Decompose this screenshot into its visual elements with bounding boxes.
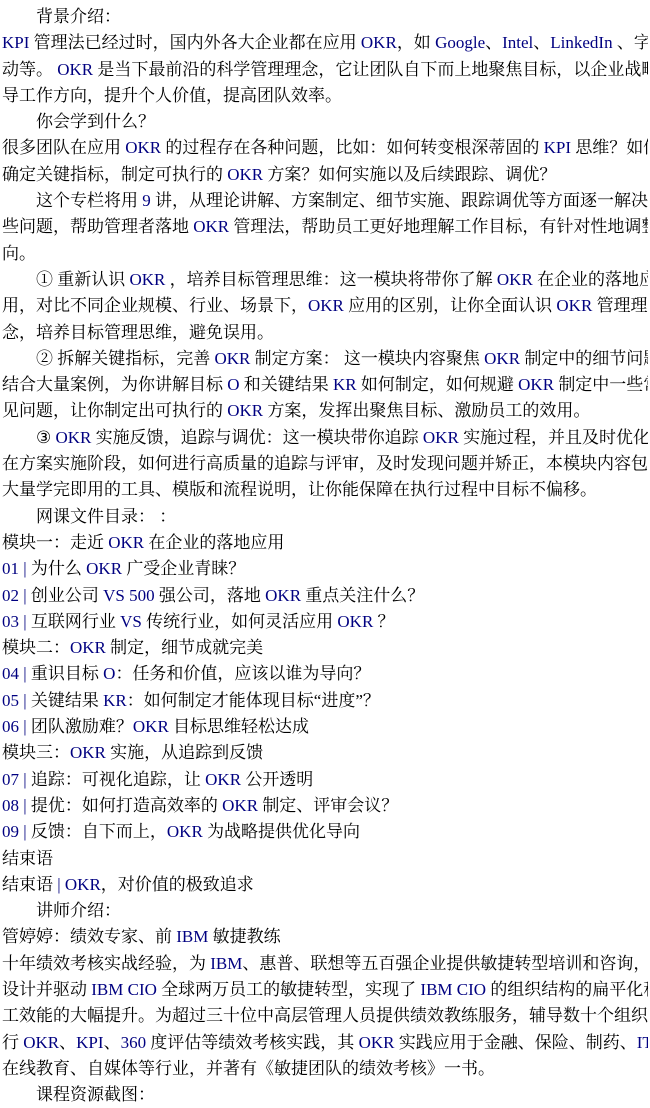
- latin-text: OKR: [518, 375, 554, 394]
- text-line: 讲师介绍：: [2, 898, 648, 924]
- text-line: KPI 管理法已经过时，国内外各大企业都在应用 OKR，如 Google、Int…: [2, 30, 648, 56]
- text-line: 十年绩效考核实战经验，为 IBM、惠普、联想等五百强企业提供敏捷转型培训和咨询，…: [2, 951, 648, 977]
- latin-text: OKR: [193, 217, 229, 236]
- latin-text: IT: [637, 1033, 648, 1052]
- latin-text: O: [103, 664, 115, 683]
- latin-text: 05 |: [2, 691, 27, 710]
- latin-text: | OKR: [57, 875, 101, 894]
- latin-text: Google: [435, 33, 485, 52]
- text-line: 网课文件目录： ：: [2, 504, 648, 530]
- latin-text: OKR: [222, 796, 258, 815]
- latin-text: OKR: [205, 770, 241, 789]
- latin-text: OKR: [70, 743, 106, 762]
- latin-text: OKR: [556, 296, 592, 315]
- latin-text: 04 |: [2, 664, 27, 683]
- latin-text: OKR: [423, 428, 459, 447]
- text-line: ② 拆解关键指标，完善 OKR 制定方案： 这一模块内容聚焦 OKR 制定中的细…: [2, 346, 648, 372]
- latin-text: OKR: [70, 638, 106, 657]
- latin-text: OKR: [125, 138, 161, 157]
- latin-text: 09 |: [2, 822, 27, 841]
- latin-text: VS: [120, 612, 142, 631]
- latin-text: OKR: [86, 559, 122, 578]
- text-line: 设计并驱动 IBM CIO 全球两万员工的敏捷转型，实现了 IBM CIO 的组…: [2, 977, 648, 1003]
- latin-text: KPI: [76, 1033, 103, 1052]
- latin-text: OKR: [167, 822, 203, 841]
- latin-text: IBM: [210, 954, 242, 973]
- latin-text: 01 |: [2, 559, 27, 578]
- text-line: 向。: [2, 241, 648, 267]
- text-line: 09 | 反馈：自下而上，OKR 为战略提供优化导向: [2, 819, 648, 845]
- text-line: 结束语 | OKR，对价值的极致追求: [2, 872, 648, 898]
- text-line: 结合大量案例，为你讲解目标 O 和关键结果 KR 如何制定，如何规避 OKR 制…: [2, 372, 648, 398]
- text-line: ③ OKR 实施反馈，追踪与调优：这一模块带你追踪 OKR 实施过程，并且及时优…: [2, 425, 648, 451]
- latin-text: OKR: [497, 270, 533, 289]
- latin-text: VS 500: [103, 586, 154, 605]
- latin-text: Intel: [502, 33, 533, 52]
- text-line: 02 | 创业公司 VS 500 强公司，落地 OKR 重点关注什么？: [2, 583, 648, 609]
- latin-text: 360: [121, 1033, 147, 1052]
- text-line: 行 OKR、KPI、360 度评估等绩效考核实践，其 OKR 实践应用于金融、保…: [2, 1030, 648, 1056]
- text-line: 导工作方向，提升个人价值，提高团队效率。: [2, 83, 648, 109]
- text-line: 课程资源截图：: [2, 1082, 648, 1108]
- text-line: 01 | 为什么 OKR 广受企业青睐？: [2, 556, 648, 582]
- document-text: 背景介绍：KPI 管理法已经过时，国内外各大企业都在应用 OKR，如 Googl…: [0, 0, 650, 1108]
- latin-text: OKR: [227, 165, 263, 184]
- text-line: 见问题，让你制定出可执行的 OKR 方案，发挥出聚焦目标、激励员工的效用。: [2, 398, 648, 424]
- latin-text: O: [227, 375, 239, 394]
- latin-text: 03 |: [2, 612, 27, 631]
- text-line: 08 | 提优：如何打造高效率的 OKR 制定、评审会议？: [2, 793, 648, 819]
- latin-text: OKR: [361, 33, 397, 52]
- text-line: 05 | 关键结果 KR：如何制定才能体现目标“进度”？: [2, 688, 648, 714]
- latin-text: 06 |: [2, 717, 27, 736]
- text-line: 模块一：走近 OKR 在企业的落地应用: [2, 530, 648, 556]
- latin-text: LinkedIn: [550, 33, 612, 52]
- latin-text: KR: [333, 375, 357, 394]
- latin-text: OKR: [215, 349, 251, 368]
- latin-text: OKR: [484, 349, 520, 368]
- text-line: 模块三：OKR 实施，从追踪到反馈: [2, 740, 648, 766]
- latin-text: IBM: [176, 927, 208, 946]
- text-line: 模块二：OKR 制定，细节成就完美: [2, 635, 648, 661]
- latin-text: OKR: [23, 1033, 59, 1052]
- latin-text: OKR: [56, 428, 92, 447]
- text-line: 在线教育、自媒体等行业，并著有《敏捷团队的绩效考核》一书。: [2, 1056, 648, 1082]
- text-line: 确定关键指标，制定可执行的 OKR 方案？如何实施以及后续跟踪、调优？: [2, 162, 648, 188]
- latin-text: 02 |: [2, 586, 27, 605]
- text-line: 念，培养目标管理思维，避免误用。: [2, 320, 648, 346]
- text-line: 在方案实施阶段，如何进行高质量的追踪与评审，及时发现问题并矫正，本模块内容包含: [2, 451, 648, 477]
- text-line: 你会学到什么？: [2, 109, 648, 135]
- latin-text: IBM CIO: [420, 980, 486, 999]
- latin-text: KPI: [2, 33, 29, 52]
- text-line: 03 | 互联网行业 VS 传统行业，如何灵活应用 OKR ？: [2, 609, 648, 635]
- text-line: 动等。 OKR 是当下最前沿的科学管理理念，它让团队自下而上地聚焦目标，以企业战…: [2, 57, 648, 83]
- text-line: 这个专栏将用 9 讲，从理论讲解、方案制定、细节实施、跟踪调优等方面逐一解决这: [2, 188, 648, 214]
- text-line: ① 重新认识 OKR ，培养目标管理思维：这一模块将带你了解 OKR 在企业的落…: [2, 267, 648, 293]
- latin-text: KR: [103, 691, 127, 710]
- latin-text: OKR: [359, 1033, 395, 1052]
- text-line: 大量学完即用的工具、模版和流程说明，让你能保障在执行过程中目标不偏移。: [2, 477, 648, 503]
- text-line: 06 | 团队激励难？OKR 目标思维轻松达成: [2, 714, 648, 740]
- text-line: 些问题，帮助管理者落地 OKR 管理法，帮助员工更好地理解工作目标，有针对性地调…: [2, 214, 648, 240]
- latin-text: 07 |: [2, 770, 27, 789]
- latin-text: 9: [142, 191, 151, 210]
- text-line: 04 | 重识目标 O：任务和价值，应该以谁为导向？: [2, 661, 648, 687]
- latin-text: OKR: [130, 270, 166, 289]
- latin-text: OKR: [265, 586, 301, 605]
- text-line: 07 | 追踪：可视化追踪，让 OKR 公开透明: [2, 767, 648, 793]
- latin-text: KPI: [544, 138, 571, 157]
- text-line: 工效能的大幅提升。为超过三十位中高层管理人员提供绩效教练服务，辅导数十个组织进: [2, 1003, 648, 1029]
- latin-text: IBM CIO: [91, 980, 157, 999]
- text-line: 结束语: [2, 846, 648, 872]
- latin-text: OKR: [308, 296, 344, 315]
- text-line: 很多团队在应用 OKR 的过程存在各种问题，比如：如何转变根深蒂固的 KPI 思…: [2, 135, 648, 161]
- latin-text: OKR: [108, 533, 144, 552]
- latin-text: OKR: [337, 612, 373, 631]
- text-line: 用，对比不同企业规模、行业、场景下，OKR 应用的区别，让你全面认识 OKR 管…: [2, 293, 648, 319]
- latin-text: OKR: [57, 60, 93, 79]
- text-line: 管婷婷：绩效专家、前 IBM 敏捷教练: [2, 924, 648, 950]
- latin-text: OKR: [133, 717, 169, 736]
- latin-text: OKR: [227, 401, 263, 420]
- latin-text: 08 |: [2, 796, 27, 815]
- text-line: 背景介绍：: [2, 4, 648, 30]
